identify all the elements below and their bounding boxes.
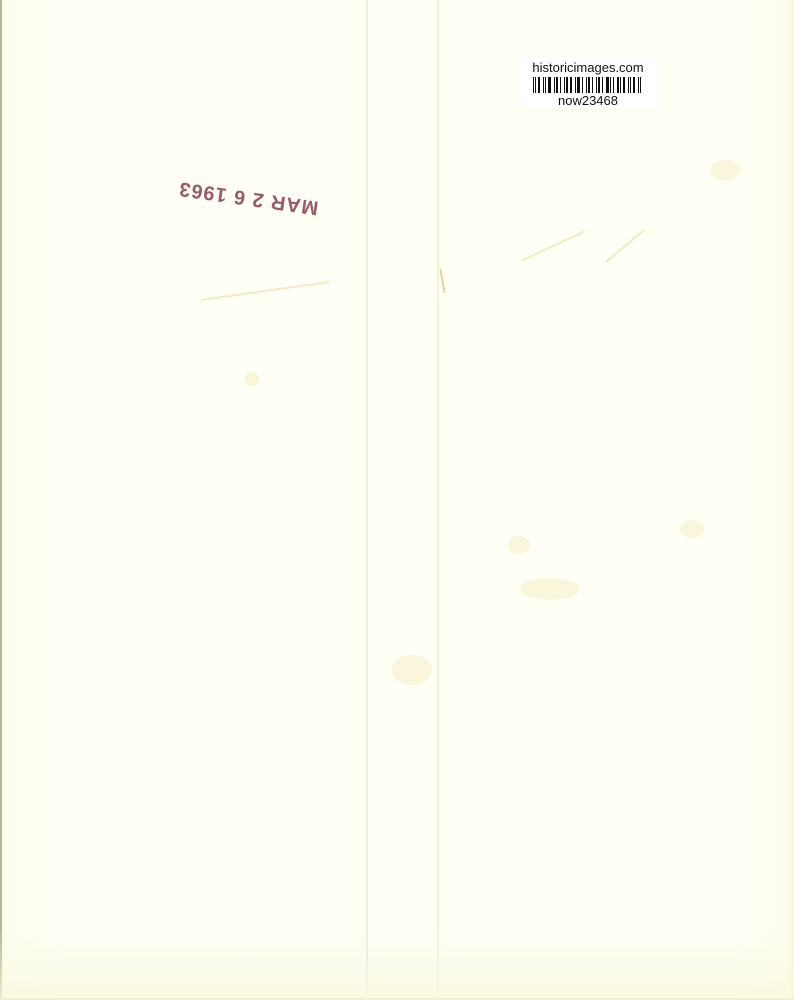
- stain-mark: [508, 536, 530, 554]
- glue-residue: [605, 229, 645, 263]
- date-stamp: MAR 2 6 1963: [177, 176, 320, 218]
- glue-residue: [200, 281, 329, 301]
- glue-residue: [439, 269, 445, 294]
- site-name: historicimages.com: [518, 60, 658, 76]
- stain-mark: [710, 160, 740, 180]
- watermark-label: historicimages.com now23468: [518, 58, 658, 108]
- stain-mark: [245, 372, 259, 386]
- fold-line: [366, 0, 368, 1000]
- stain-mark: [392, 655, 432, 685]
- image-id: now23468: [518, 93, 658, 108]
- paper-left-edge: [0, 0, 2, 1000]
- stain-mark: [520, 578, 580, 600]
- glue-residue: [521, 230, 585, 261]
- stain-mark: [680, 520, 704, 538]
- photo-back-paper: historicimages.com now23468 MAR 2 6 1963: [0, 0, 794, 1000]
- barcode-icon: [530, 77, 646, 93]
- fold-line: [437, 0, 439, 1000]
